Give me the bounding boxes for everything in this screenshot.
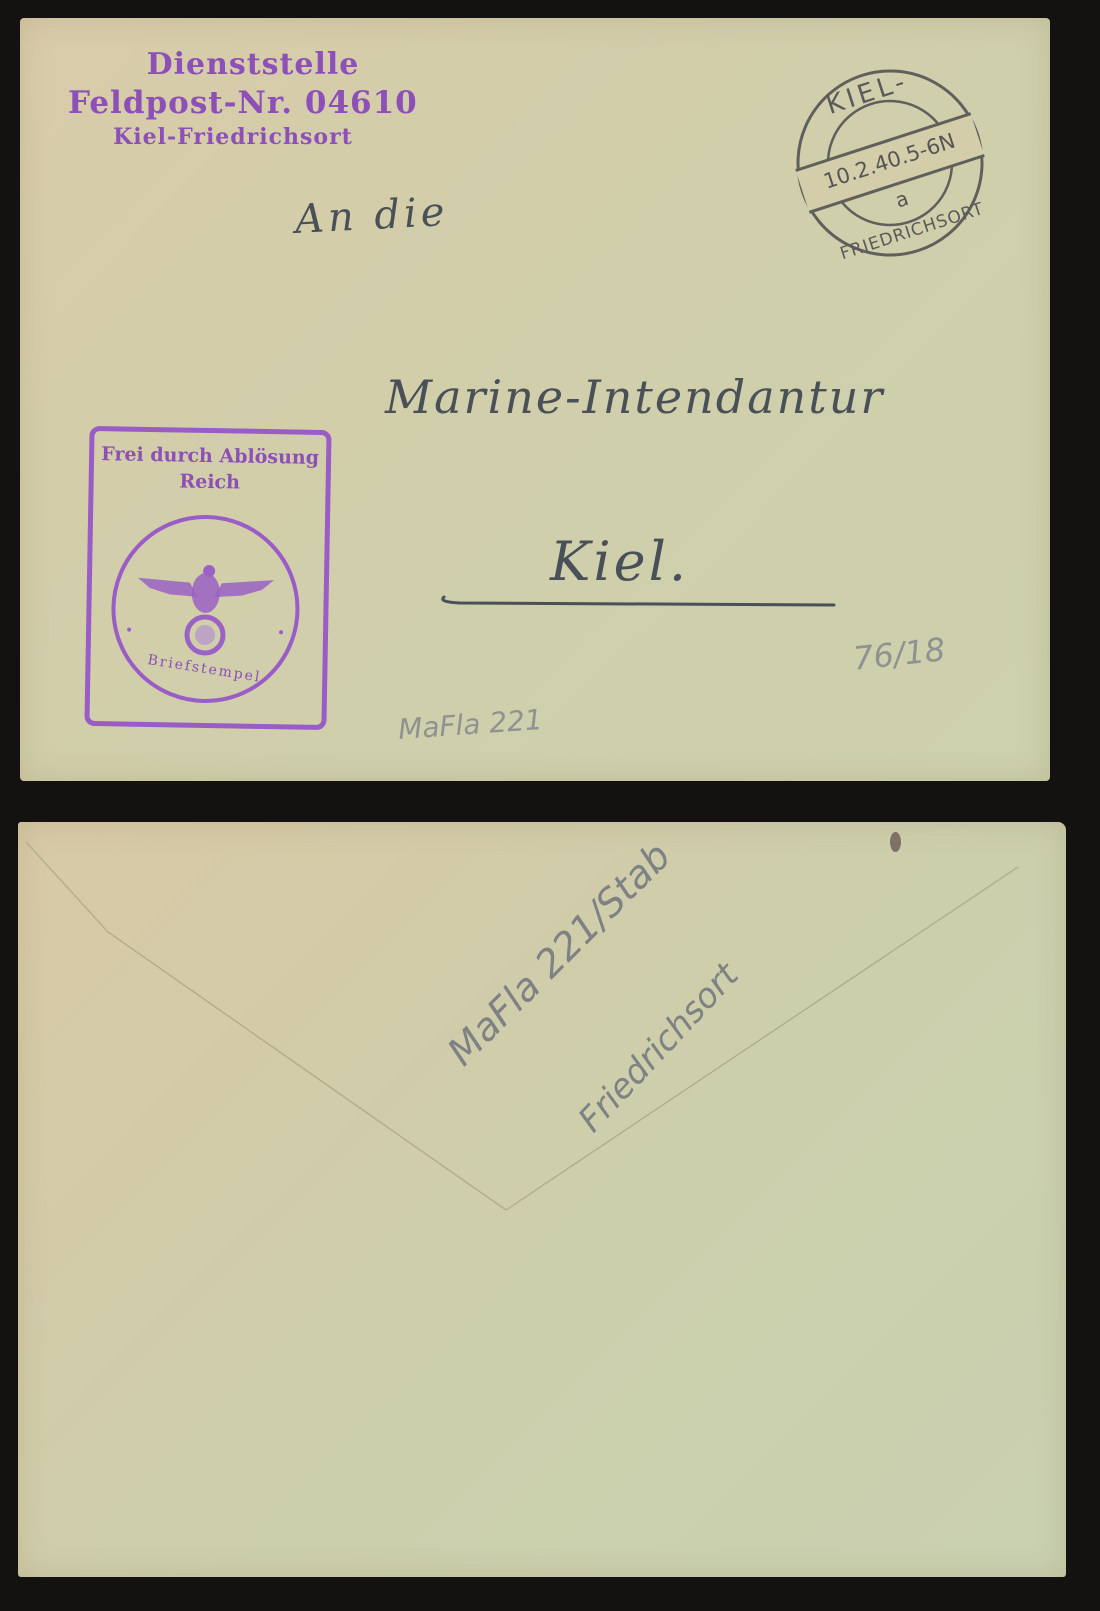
envelope-front: Dienststelle Feldpost-Nr. 04610 Kiel-Fri… [20,18,1050,781]
frei-stamp: Frei durch Ablösung Reich Briefstempel [84,426,331,730]
sender-stamp: Dienststelle Feldpost-Nr. 04610 Kiel-Fri… [68,46,438,152]
address-line2: Marine-Intendantur [385,370,884,424]
frei-stamp-line2: Reich [93,467,325,497]
sender-stamp-line1: Dienststelle [68,46,438,84]
stain-spot [890,832,901,852]
address-underline [440,593,840,607]
envelope-back [18,822,1066,1577]
address-line3: Kiel. [550,530,689,593]
seal: Briefstempel [108,511,303,706]
pencil-unit-note: MaFla 221 [397,703,544,746]
postmark: KIEL- 10.2.40.5-6N a FRIEDRICHSORT [751,24,1028,301]
sender-stamp-line3: Kiel-Friedrichsort [28,122,438,152]
address-line1: An die [294,189,450,243]
frei-stamp-line1: Frei durch Ablösung [94,441,326,471]
envelope-flap [18,822,1066,1577]
pencil-reference: 76/18 [851,630,947,677]
sender-stamp-line2: Feldpost-Nr. 04610 [68,84,438,122]
